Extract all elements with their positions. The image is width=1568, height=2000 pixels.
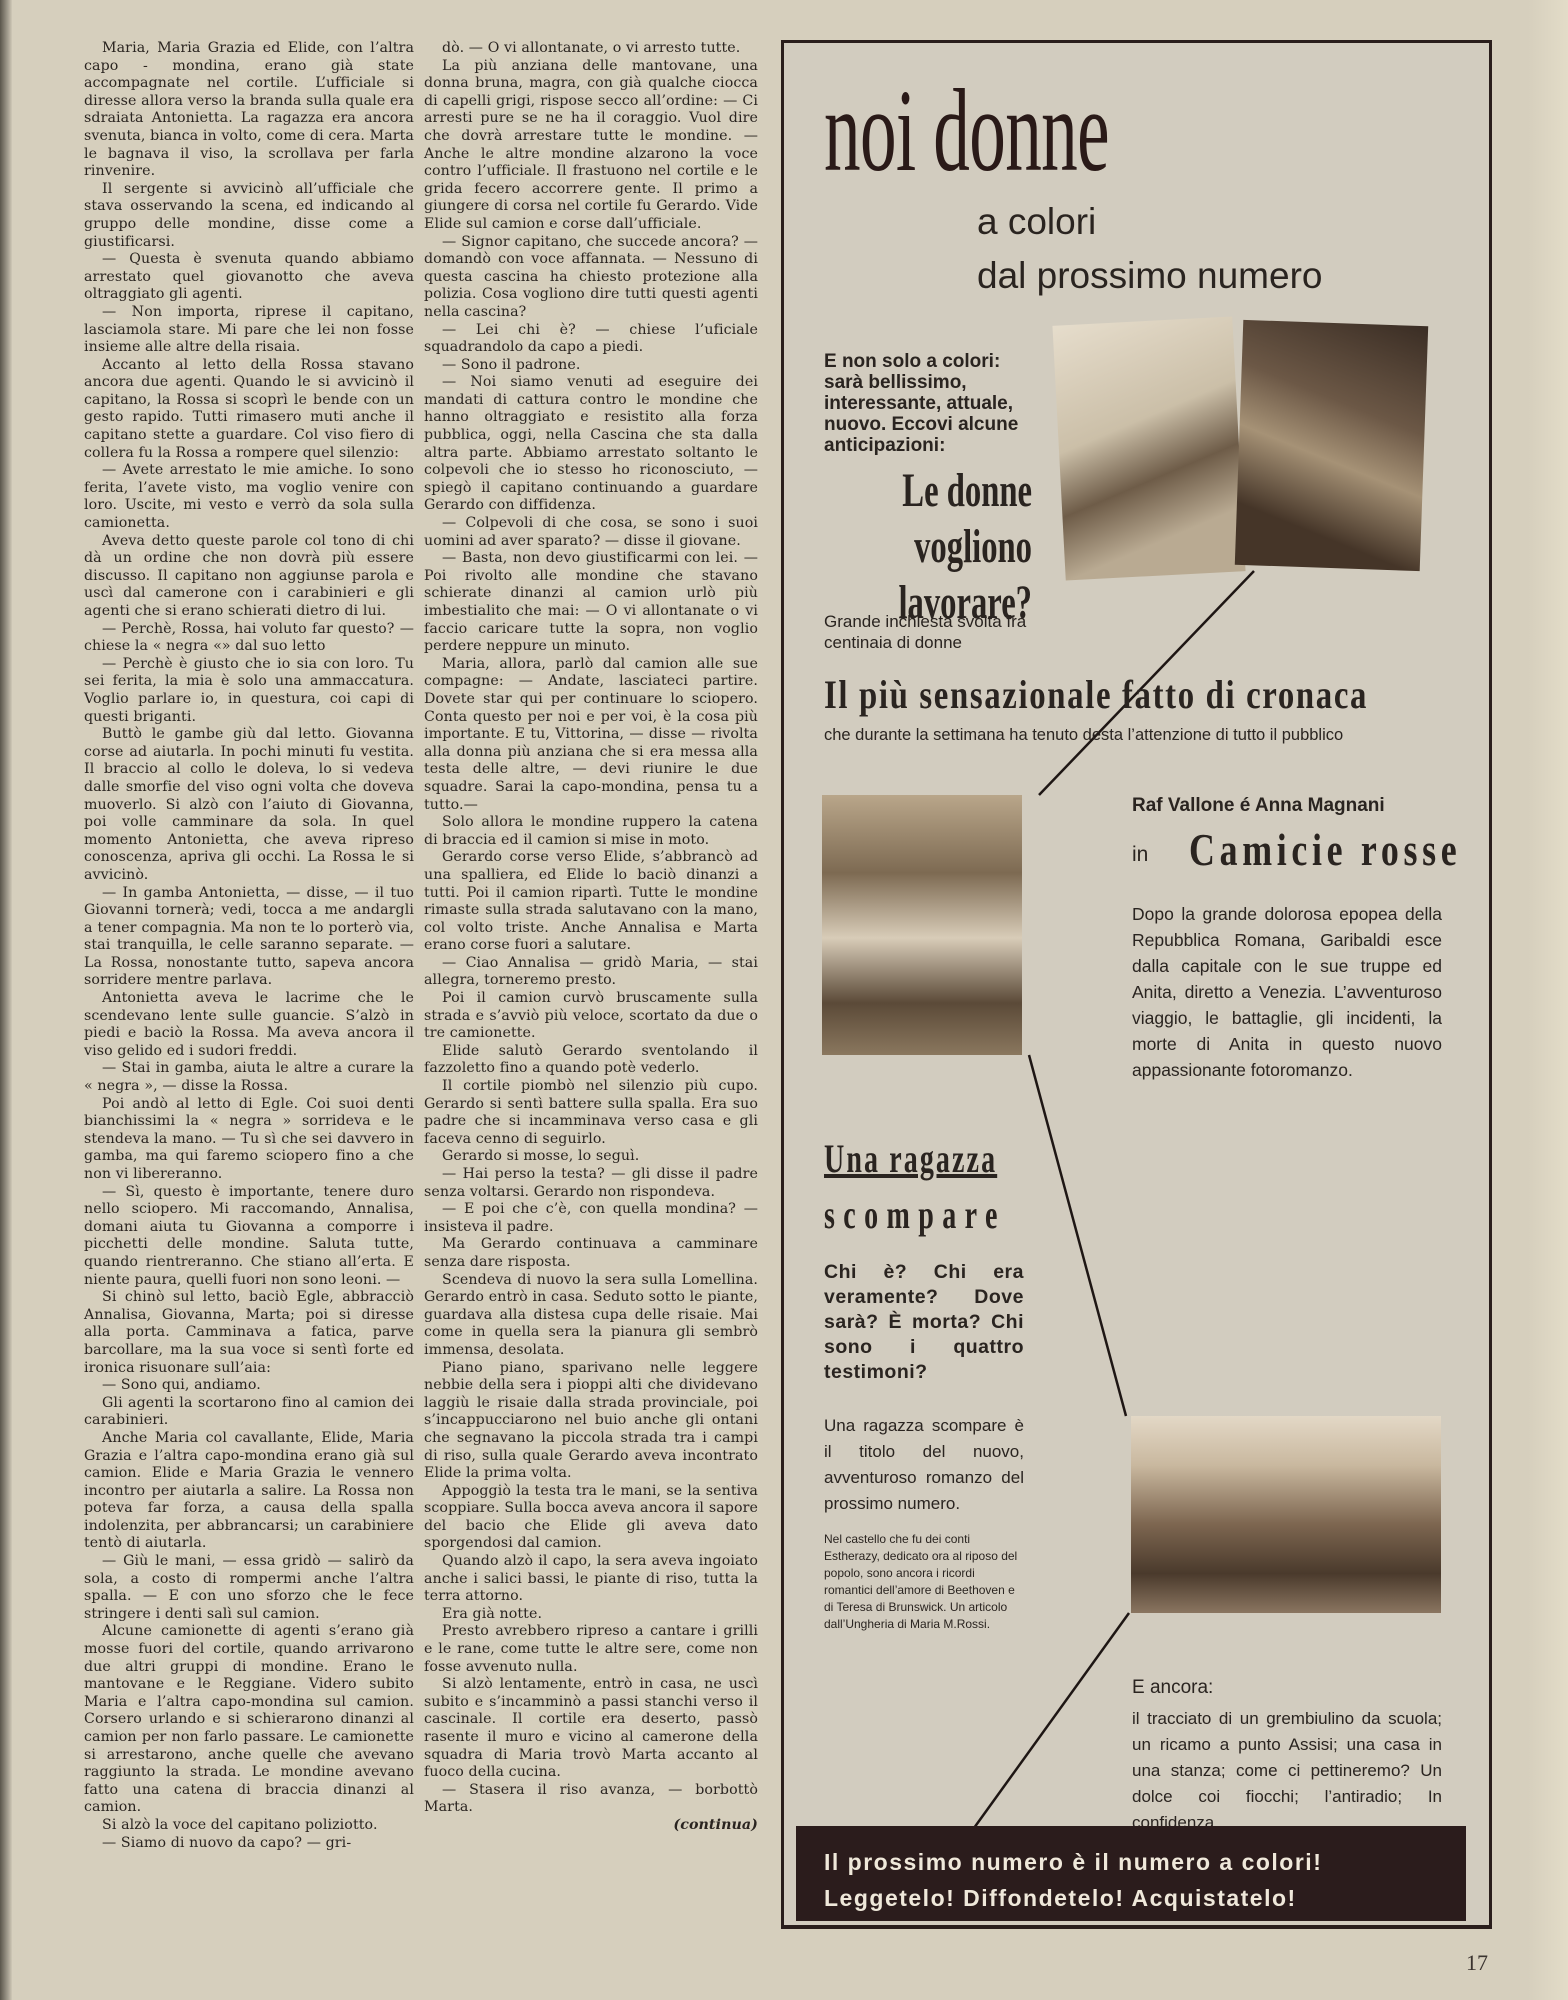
story-paragraph: Si chinò sul letto, baciò Egle, abbracci… <box>84 1289 414 1377</box>
story-ragazza-scompare-questions: Chi è? Chi era veramente? Dove sarà? È m… <box>824 1260 1024 1385</box>
masthead-subtitle-a-colori: a colori <box>977 201 1096 243</box>
story-paragraph: — In gamba Antonietta, — disse, — il tuo… <box>84 885 414 991</box>
story-paragraph: — Hai perso la testa? — gli disse il pad… <box>424 1166 758 1201</box>
story-column-middle: dò. — O vi allontanate, o vi arresto tut… <box>424 40 758 1835</box>
story-paragraph: dò. — O vi allontanate, o vi arresto tut… <box>424 40 758 58</box>
film-description: Dopo la grande dolorosa epopea della Rep… <box>1132 901 1442 1083</box>
story-paragraph: La più anziana delle mantovane, una donn… <box>424 58 758 234</box>
castle-article-caption: Nel castello che fu dei conti Estherazy,… <box>824 1531 1024 1633</box>
cronaca-subtitle: che durante la settimana ha tenuto desta… <box>824 726 1343 745</box>
more-contents-list: il tracciato di un grembiulino da scuola… <box>1132 1706 1442 1836</box>
more-contents-title: E ancora: <box>1132 1677 1213 1699</box>
call-to-action-banner: Il prossimo numero è il numero a colori!… <box>796 1826 1466 1921</box>
story-paragraph: — Sono il padrone. <box>424 357 758 375</box>
title-line: Una ragazza <box>824 1131 964 1187</box>
story-paragraph: — Ciao Annalisa — gridò Maria, — stai al… <box>424 955 758 990</box>
story-paragraph: Presto avrebbero ripreso a cantare i gri… <box>424 1623 758 1676</box>
story-paragraph: Buttò le gambe giù dal letto. Giovanna c… <box>84 726 414 884</box>
story-paragraph: Ma Gerardo continuava a camminare senza … <box>424 1236 758 1271</box>
story-column-left: Maria, Maria Grazia ed Elide, con l’altr… <box>84 40 414 1852</box>
cta-line-1: Il prossimo numero è il numero a colori! <box>824 1844 1466 1880</box>
story-paragraph: — Perchè è giusto che io sia con loro. T… <box>84 656 414 726</box>
story-paragraph: Si alzò lentamente, entrò in casa, ne us… <box>424 1676 758 1782</box>
ad-intro-text: E non solo a colori: sarà bellissimo, in… <box>824 351 1032 456</box>
page-outer-edge <box>1528 0 1568 2000</box>
story-paragraph: — Giù le mani, — essa gridò — salirò da … <box>84 1553 414 1623</box>
story-paragraph: Quando alzò il capo, la sera aveva ingoi… <box>424 1553 758 1606</box>
story-paragraph: Appoggiò la testa tra le mani, se la sen… <box>424 1483 758 1553</box>
story-paragraph: — E poi che c’è, con quella mondina? — i… <box>424 1201 758 1236</box>
story-paragraph: — Perchè, Rossa, hai voluto far questo? … <box>84 621 414 656</box>
story-paragraph: — Lei chi è? — chiese l’uficiale squadra… <box>424 322 758 357</box>
story-paragraph: Gerardo corse verso Elide, s’abbrancò ad… <box>424 849 758 955</box>
film-cast: Raf Vallone é Anna Magnani <box>1132 795 1385 817</box>
story-paragraph: Maria, allora, parlò dal camion alle sue… <box>424 656 758 814</box>
film-in-label: in <box>1132 843 1148 867</box>
story-paragraph: Il sergente si avvicinò all’ufficiale ch… <box>84 181 414 251</box>
title-line: vogliono <box>891 519 1032 575</box>
story-paragraph: Alcune camionette di agenti s’erano già … <box>84 1623 414 1817</box>
story-paragraph: Piano piano, sparivano nelle leggere neb… <box>424 1360 758 1483</box>
story-paragraph: — Siamo di nuovo da capo? — gri- <box>84 1835 414 1853</box>
story-paragraph: Elide salutò Gerardo sventolando il fazz… <box>424 1043 758 1078</box>
story-paragraph: — Non importa, riprese il capitano, lasc… <box>84 304 414 357</box>
title-line: Le donne <box>891 463 1032 519</box>
story-paragraph: Gerardo si mosse, lo seguì. <box>424 1148 758 1166</box>
story-paragraph: — Stai in gamba, aiuta le altre a curare… <box>84 1060 414 1095</box>
story-paragraph: — Signor capitano, che succede ancora? —… <box>424 234 758 322</box>
story-paragraph: — Sì, questo è importante, tenere duro n… <box>84 1184 414 1290</box>
continued-label: (continua) <box>424 1817 758 1835</box>
story-paragraph: Maria, Maria Grazia ed Elide, con l’altr… <box>84 40 414 181</box>
story-paragraph: Scendeva di nuovo la sera sulla Lomellin… <box>424 1272 758 1360</box>
story-paragraph: — Noi siamo venuti ad eseguire dei manda… <box>424 374 758 515</box>
story-paragraph: — Questa è svenuta quando abbiamo arrest… <box>84 251 414 304</box>
story-paragraph: Antonietta aveva le lacrime che le scend… <box>84 990 414 1060</box>
story-ragazza-scompare-description: Una ragazza scompare è il titolo del nuo… <box>824 1413 1024 1517</box>
film-title-camicie-rosse: Camicie rosse <box>1189 823 1461 876</box>
story-paragraph: Accanto al letto della Rossa stavano anc… <box>84 357 414 463</box>
story-paragraph: — Basta, non devo giustificarmi con lei.… <box>424 550 758 656</box>
story-paragraph: Si alzò la voce del capitano poliziotto. <box>84 1817 414 1835</box>
story-paragraph: — Colpevoli di che cosa, se sono i suoi … <box>424 515 758 550</box>
page-number: 17 <box>1466 1950 1488 1976</box>
photo-film-still-reeds <box>822 795 1022 1055</box>
story-paragraph: — Stasera il riso avanza, — borbottò Mar… <box>424 1782 758 1817</box>
photo-castle <box>1131 1416 1441 1613</box>
photo-woman-hanging-fabric <box>1052 316 1245 580</box>
story-ragazza-scompare-title: Una ragazza scompare <box>824 1131 1024 1243</box>
page-binding-edge <box>0 0 12 2000</box>
story-paragraph: Anche Maria col cavallante, Elide, Maria… <box>84 1430 414 1553</box>
story-paragraph: Poi il camion curvò bruscamente sulla st… <box>424 990 758 1043</box>
cta-line-2: Leggetelo! Diffondetelo! Acquistatelo! <box>824 1880 1466 1916</box>
title-line: scompare <box>824 1187 964 1243</box>
story-donne-lavorare-caption: Grande inchiesta svolta fra centinaia di… <box>824 611 1032 653</box>
story-paragraph: Era già notte. <box>424 1606 758 1624</box>
story-paragraph: Gli agenti la scortarono fino al camion … <box>84 1395 414 1430</box>
story-paragraph: Poi andò al letto di Egle. Coi suoi dent… <box>84 1096 414 1184</box>
story-donne-lavorare-title: Le donne vogliono lavorare? <box>824 463 1032 631</box>
photo-women-at-machines <box>1235 320 1428 571</box>
masthead-subtitle-prossimo-numero: dal prossimo numero <box>977 255 1322 297</box>
story-paragraph: Aveva detto queste parole col tono di ch… <box>84 533 414 621</box>
cronaca-headline: Il più sensazionale fatto di cronaca <box>824 673 1368 717</box>
story-paragraph: — Sono qui, andiamo. <box>84 1377 414 1395</box>
story-paragraph: Solo allora le mondine ruppero la catena… <box>424 814 758 849</box>
story-paragraph: Il cortile piombò nel silenzio più cupo.… <box>424 1078 758 1148</box>
next-issue-ad-panel: noi donne a colori dal prossimo numero E… <box>781 40 1492 1929</box>
story-paragraph: — Avete arrestato le mie amiche. Io sono… <box>84 462 414 532</box>
magazine-masthead: noi donne <box>824 71 1109 191</box>
